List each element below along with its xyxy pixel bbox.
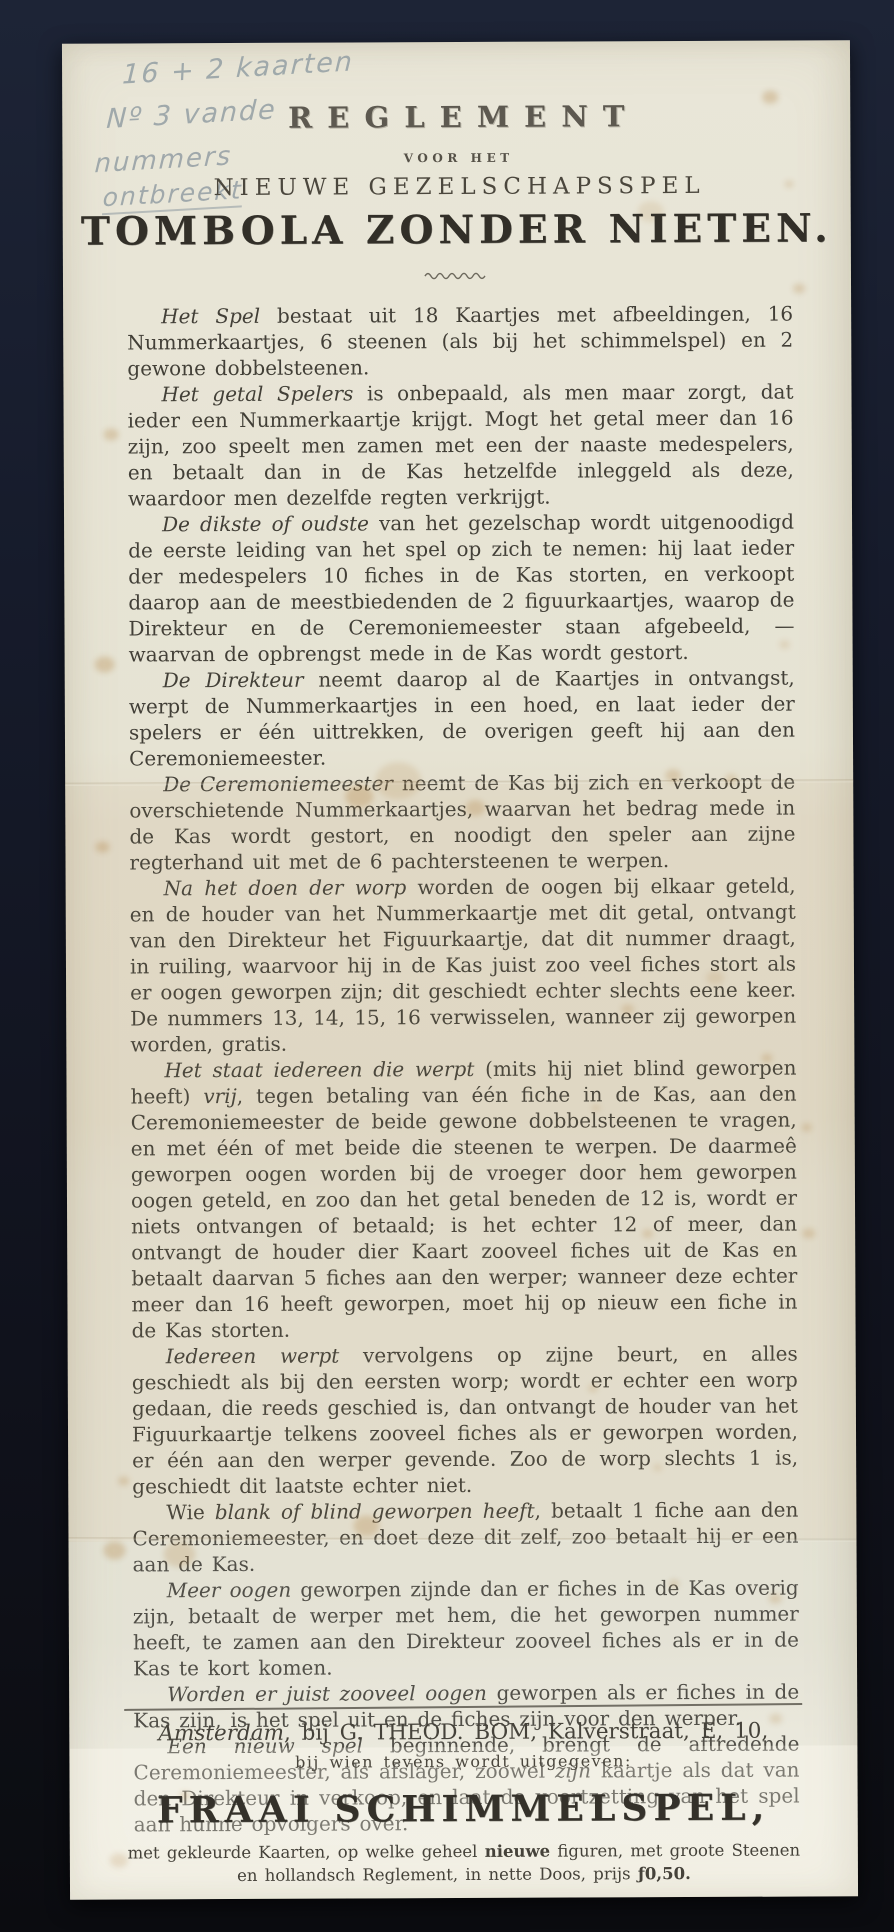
text-segment: De dikste of oudste xyxy=(162,511,369,536)
text-segment: Na het doen der worp xyxy=(164,875,407,900)
text-segment: Het Spel xyxy=(161,304,260,328)
rule-paragraph: De dikste of oudste van het gezelschap w… xyxy=(128,509,795,668)
foxing-spot xyxy=(802,1123,812,1131)
document-footer: Amsterdam, bij G. THEOD. BOM, Kalverstra… xyxy=(69,1704,858,1887)
rule-paragraph: De Direkteur neemt daarop al de Kaartjes… xyxy=(129,665,795,772)
text-segment: blank of blind geworpen heeft xyxy=(215,1499,535,1524)
text-segment: Het getal Spelers xyxy=(161,381,353,406)
text-segment: Worden er juist zooveel oogen xyxy=(167,1681,487,1706)
text-segment: De Direkteur xyxy=(163,668,304,693)
document-subtitle-voor-het: VOOR HET xyxy=(62,149,850,166)
text-segment: Meer oogen xyxy=(167,1578,292,1603)
rule-paragraph: Het staat iedereen die werpt (mits hij n… xyxy=(130,1055,797,1344)
rules-text: Het Spel bestaat uit 18 Kaartjes met afb… xyxy=(127,301,800,1838)
document-paper: 16 + 2 kaartenNº 3 vandenummersontbreekt… xyxy=(62,40,858,1899)
rule-paragraph: Het getal Spelers is onbepaald, als men … xyxy=(127,379,794,512)
foxing-spot xyxy=(103,1541,125,1559)
game-title: TOMBOLA ZONDER NIETEN. xyxy=(63,205,851,254)
rule-paragraph: Meer oogen geworpen zijnde dan er fiches… xyxy=(133,1575,799,1682)
rule-paragraph: Iedereen werpt vervolgens op zijne beurt… xyxy=(132,1341,799,1500)
squiggle-divider-ornament xyxy=(63,263,851,285)
document-title: REGLEMENT xyxy=(62,98,850,135)
text-segment: worden de oogen bij elkaar geteld, en de… xyxy=(130,874,797,1057)
foxing-spot xyxy=(95,657,115,673)
text-segment: vrij xyxy=(203,1084,237,1108)
text-segment: ƒ0,50. xyxy=(638,1864,691,1883)
foxing-spot xyxy=(118,1476,129,1485)
text-segment: De Ceremoniemeester xyxy=(163,771,393,796)
rule-paragraph: Wie blank of blind geworpen heeft, betaa… xyxy=(132,1497,798,1578)
foxing-spot xyxy=(104,428,119,440)
text-segment: Het staat iedereen die werpt xyxy=(164,1057,474,1082)
imprint-line2: bij wien tevens wordt uitgegeven: xyxy=(69,1750,857,1772)
text-segment: , tegen betaling van één fiche in de Kas… xyxy=(131,1082,798,1343)
foxing-spot xyxy=(802,1228,815,1238)
text-segment: Wie xyxy=(166,1500,215,1524)
text-segment: , bij G. THEOD. BOM, Kalverstraat, E, 10… xyxy=(284,1719,768,1746)
rule-paragraph: De Ceremoniemeester neemt de Kas bij zic… xyxy=(129,769,795,876)
advert-title: FRAAI SCHIMMELSPEL, xyxy=(70,1786,858,1831)
photo: { "colors": { "background": "#141828", "… xyxy=(0,0,894,1932)
text-segment: nieuwe xyxy=(485,1842,551,1861)
text-segment: Amsterdam xyxy=(158,1721,284,1747)
foxing-spot xyxy=(95,842,109,853)
document-subtitle-gezelschapsspel: NIEUWE GEZELSCHAPSSPEL xyxy=(63,172,851,201)
advert-text: met gekleurde Kaarten, op welke geheel n… xyxy=(114,1838,814,1887)
text-segment: Iedereen werpt xyxy=(166,1344,340,1369)
text-segment: met gekleurde Kaarten, op welke geheel xyxy=(128,1842,485,1863)
rule-paragraph: Na het doen der worp worden de oogen bij… xyxy=(130,873,797,1058)
imprint-line: Amsterdam, bij G. THEOD. BOM, Kalverstra… xyxy=(69,1718,857,1746)
document-header: REGLEMENT VOOR HET NIEUWE GEZELSCHAPSSPE… xyxy=(62,40,851,285)
foxing-spot xyxy=(793,283,805,293)
rule-paragraph: Het Spel bestaat uit 18 Kaartjes met afb… xyxy=(127,301,793,382)
